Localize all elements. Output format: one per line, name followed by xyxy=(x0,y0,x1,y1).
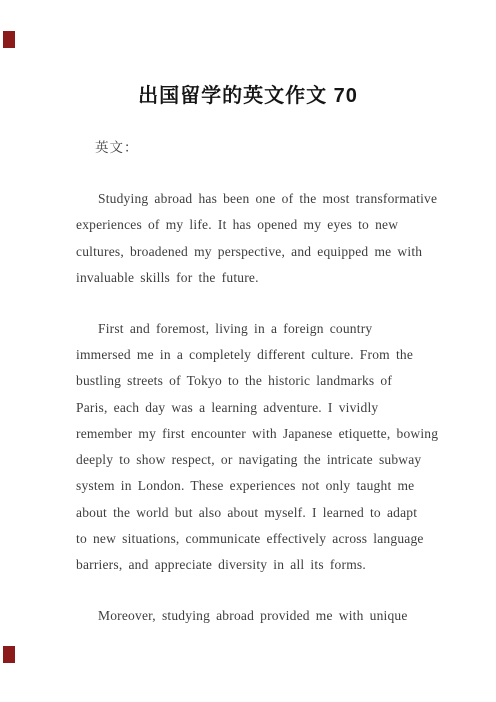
text-line: to new situations, communicate effective… xyxy=(76,526,432,552)
text-line: cultures, broadened my perspective, and … xyxy=(76,239,432,265)
paragraph: First and foremost, living in a foreign … xyxy=(76,316,432,579)
document-page: 出国留学的英文作文 70 英文： Studying abroad has bee… xyxy=(0,0,496,702)
page-edge-marker-top xyxy=(3,31,15,48)
text-line: invaluable skills for the future. xyxy=(76,265,432,291)
essay-body: Studying abroad has been one of the most… xyxy=(76,186,432,629)
text-line: bustling streets of Tokyo to the histori… xyxy=(76,368,432,394)
text-line: about the world but also about myself. I… xyxy=(76,500,432,526)
text-line: barriers, and appreciate diversity in al… xyxy=(76,552,432,578)
text-line: deeply to show respect, or navigating th… xyxy=(76,447,432,473)
text-line: immersed me in a completely different cu… xyxy=(76,342,432,368)
paragraph: Moreover, studying abroad provided me wi… xyxy=(76,603,432,629)
document-title: 出国留学的英文作文 70 xyxy=(0,79,496,108)
text-line: remember my first encounter with Japanes… xyxy=(76,421,432,447)
page-edge-marker-bottom xyxy=(3,646,15,663)
paragraph: Studying abroad has been one of the most… xyxy=(76,186,432,291)
language-label: 英文： xyxy=(95,136,139,156)
text-line: Moreover, studying abroad provided me wi… xyxy=(76,603,432,629)
text-line: First and foremost, living in a foreign … xyxy=(76,316,432,342)
text-line: experiences of my life. It has opened my… xyxy=(76,212,432,238)
text-line: Paris, each day was a learning adventure… xyxy=(76,395,432,421)
text-line: Studying abroad has been one of the most… xyxy=(76,186,432,212)
text-line: system in London. These experiences not … xyxy=(76,473,432,499)
